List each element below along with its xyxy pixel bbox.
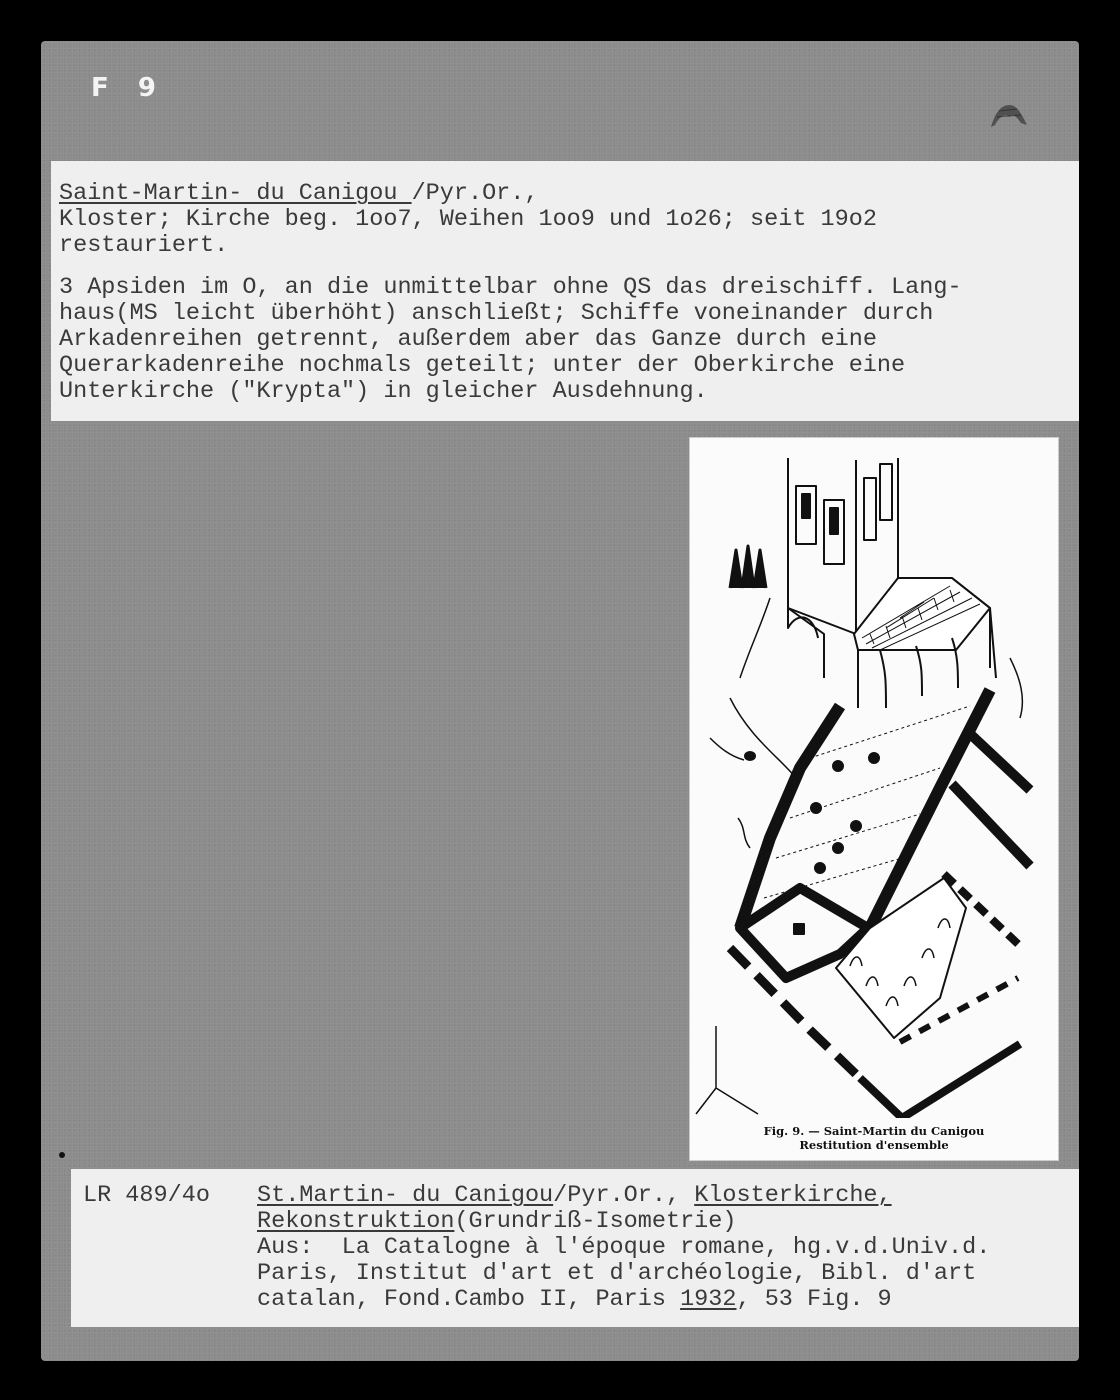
caption-subtitle: Restitution d'ensemble <box>690 1138 1058 1152</box>
source-citation: St.Martin- du Canigou/Pyr.Or., Klosterki… <box>257 1183 990 1313</box>
citation-type-detail: (Grundriß-Isometrie) <box>454 1208 736 1235</box>
citation-page: , 53 Fig. 9 <box>737 1286 892 1313</box>
citation-year: 1932 <box>680 1286 736 1313</box>
citation-publisher: Paris, Institut d'art et d'archéologie, … <box>257 1260 976 1287</box>
reference-label: LR 489/4o St.Martin- du Canigou/Pyr.Or.,… <box>71 1169 1079 1327</box>
header-label: Saint-Martin- du Canigou /Pyr.Or., Klost… <box>51 161 1079 421</box>
archive-card: F 9 Saint-Martin- du Canigou /Pyr.Or., K… <box>41 41 1079 1361</box>
card-id: F 9 <box>91 73 166 103</box>
description-line: Querarkadenreihe nochmals geteilt; unter… <box>59 352 905 379</box>
caption-title: Fig. 9. — Saint-Martin du Canigou <box>690 1124 1058 1138</box>
site-history: Kloster; Kirche beg. 1oo7, Weihen 1oo9 u… <box>59 206 877 233</box>
figure-caption: Fig. 9. — Saint-Martin du Canigou Restit… <box>690 1124 1058 1152</box>
catalog-reference: LR 489/4o <box>83 1183 210 1209</box>
citation-region: /Pyr.Or., <box>553 1182 694 1209</box>
description-line: 3 Apsiden im O, an die unmittelbar ohne … <box>59 274 962 301</box>
citation-publication-pre: catalan, Fond.Cambo II, Paris <box>257 1286 680 1313</box>
punch-mark <box>59 1152 65 1158</box>
citation-source: Aus: La Catalogne à l'époque romane, hg.… <box>257 1234 990 1261</box>
site-history-cont: restauriert. <box>59 232 228 259</box>
isometric-drawing <box>690 438 1058 1118</box>
citation-site: St.Martin- du Canigou <box>257 1182 553 1209</box>
reconstruction-figure: Fig. 9. — Saint-Martin du Canigou Restit… <box>689 437 1059 1161</box>
header-block: Saint-Martin- du Canigou /Pyr.Or., Klost… <box>59 181 877 259</box>
site-title: Saint-Martin- du Canigou <box>59 180 412 207</box>
citation-building: Klosterkirche, <box>694 1182 891 1209</box>
description-line: Arkadenreihen getrennt, außerdem aber da… <box>59 326 877 353</box>
site-region: /Pyr.Or., <box>412 180 539 207</box>
stamp-mark-icon <box>987 99 1031 131</box>
citation-type: Rekonstruktion <box>257 1208 454 1235</box>
description-line: haus(MS leicht überhöht) anschließt; Sch… <box>59 300 933 327</box>
description-block: 3 Apsiden im O, an die unmittelbar ohne … <box>59 275 962 405</box>
description-line: Unterkirche ("Krypta") in gleicher Ausde… <box>59 378 708 405</box>
